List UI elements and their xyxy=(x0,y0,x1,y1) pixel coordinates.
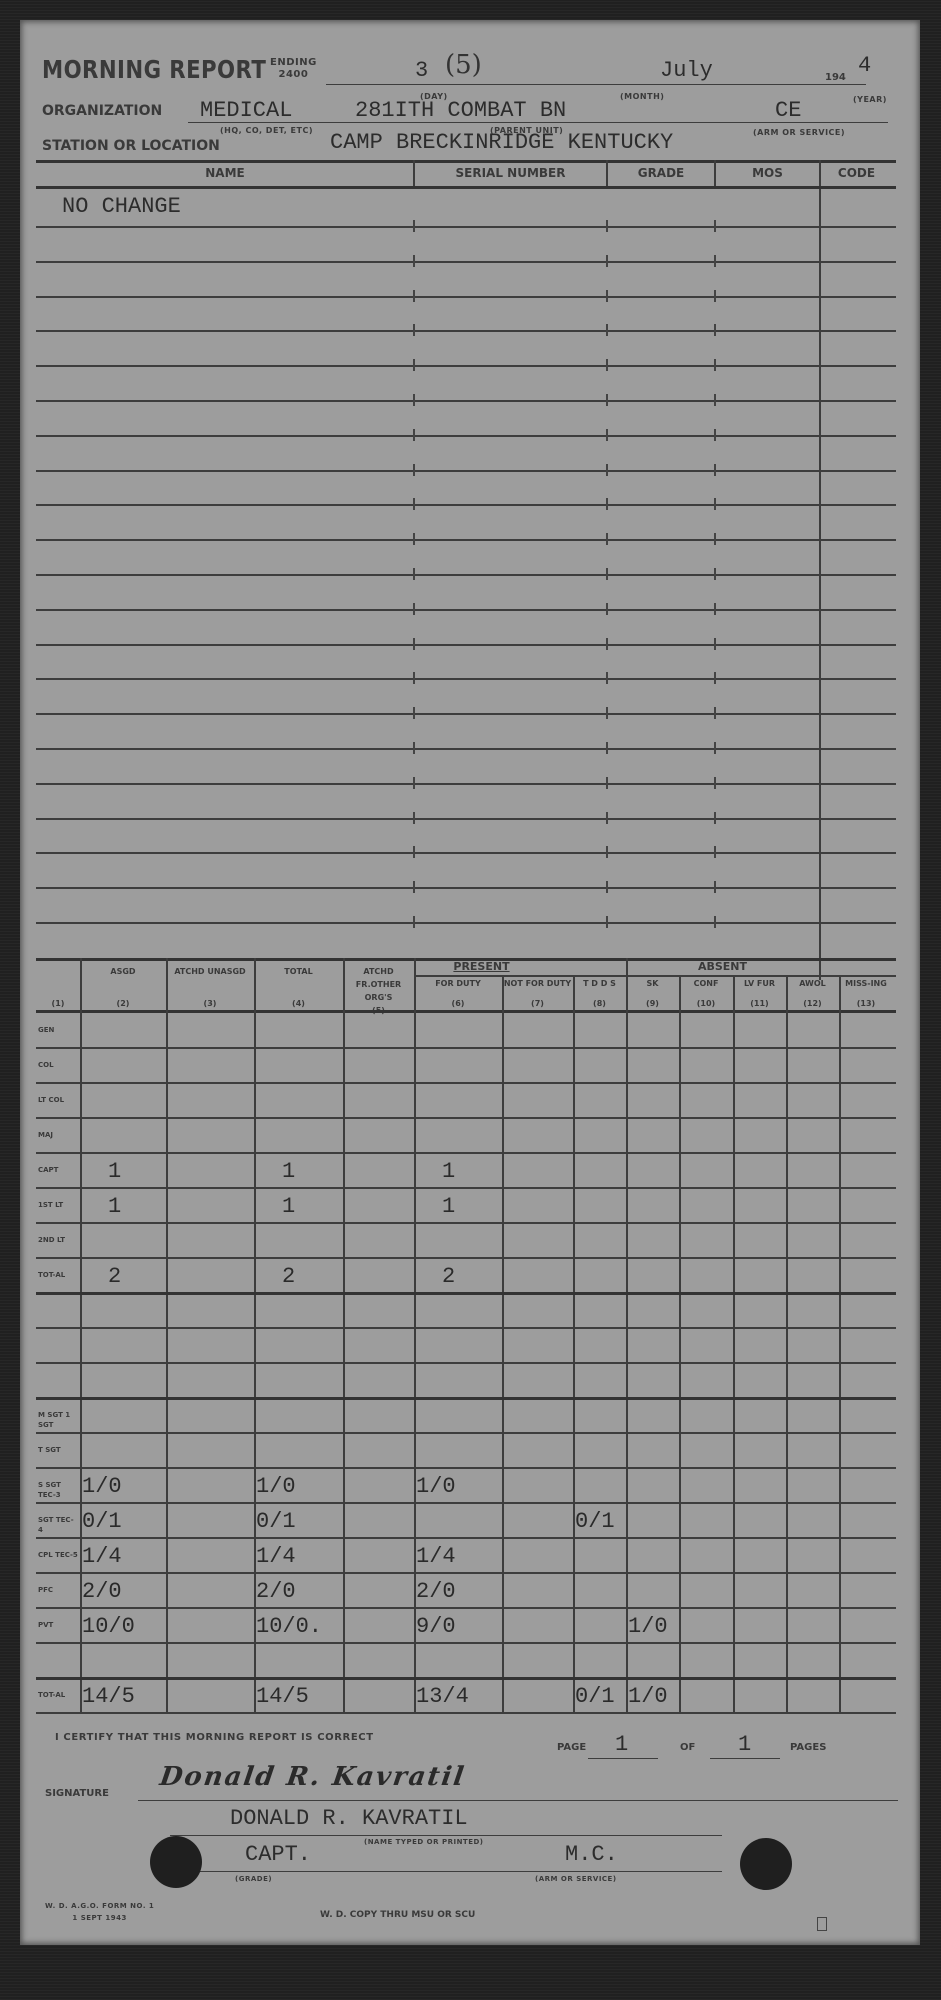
cell-for-duty: 2/0 xyxy=(416,1579,456,1604)
ruled-line xyxy=(36,713,896,715)
column-tick xyxy=(606,777,608,789)
cell-asgd: 2/0 xyxy=(82,1579,122,1604)
year-prefix: 194 xyxy=(825,72,846,83)
column-tick xyxy=(606,220,608,232)
cell-asgd: 0/1 xyxy=(82,1509,122,1534)
strength-col-divider xyxy=(502,975,504,1713)
row-line xyxy=(36,1537,896,1539)
cell-asgd: 10/0 xyxy=(82,1614,135,1639)
punch-hole-right xyxy=(740,1838,792,1890)
column-tick xyxy=(714,498,716,510)
cell-for-duty: 2 xyxy=(442,1264,455,1289)
cell-total: 2/0 xyxy=(256,1579,296,1604)
organization-label: ORGANIZATION xyxy=(42,103,162,119)
col-divider xyxy=(606,160,608,186)
pages-label: PAGES xyxy=(790,1742,826,1753)
column-tick xyxy=(714,220,716,232)
column-tick xyxy=(413,290,415,302)
row-line xyxy=(36,1117,896,1119)
row-grade-label: LT COL xyxy=(38,1095,78,1105)
column-header-c1: (1) xyxy=(36,965,80,1010)
ruled-line xyxy=(36,574,896,576)
column-tick xyxy=(413,672,415,684)
column-header-number: (12) xyxy=(786,997,839,1010)
cell-total: 2 xyxy=(282,1264,295,1289)
column-header-c8: T D D S(8) xyxy=(573,977,626,1010)
ruled-line xyxy=(36,470,896,472)
column-tick xyxy=(714,672,716,684)
column-tick xyxy=(413,568,415,580)
column-header-c2: ASGD(2) xyxy=(80,965,166,1010)
of-label: OF xyxy=(680,1742,695,1753)
station-label: STATION OR LOCATION xyxy=(42,138,220,154)
column-tick xyxy=(714,916,716,928)
strength-header-bottom xyxy=(36,1010,896,1013)
row-line xyxy=(36,1572,896,1574)
year-sublabel: (YEAR) xyxy=(853,95,887,104)
row-grade-label: PFC xyxy=(38,1585,78,1595)
column-header-label: ATCHD FR.OTHER ORG'S xyxy=(343,965,414,1004)
column-tick xyxy=(413,812,415,824)
row-grade-label: MAJ xyxy=(38,1130,78,1140)
serial-column-header: SERIAL NUMBER xyxy=(414,166,607,180)
column-tick xyxy=(714,429,716,441)
strength-col-divider xyxy=(573,975,575,1713)
column-header-label: ATCHD UNASGD xyxy=(166,965,254,997)
column-tick xyxy=(714,638,716,650)
cell-sk: 1/0 xyxy=(628,1614,668,1639)
column-header-label: CONF xyxy=(679,977,733,997)
grade-line xyxy=(170,1871,722,1872)
row-line xyxy=(36,1397,896,1400)
row-line xyxy=(36,1607,896,1609)
row-grade-label: CPL TEC-5 xyxy=(38,1550,78,1560)
column-header-c13: MISS-ING(13) xyxy=(839,977,893,1010)
ruled-line xyxy=(36,504,896,506)
report-month: July xyxy=(660,58,713,83)
column-tick xyxy=(606,603,608,615)
signature-label: SIGNATURE xyxy=(45,1788,109,1799)
column-tick xyxy=(714,777,716,789)
column-header-number: (1) xyxy=(36,997,80,1010)
column-tick xyxy=(714,394,716,406)
column-header-label: FOR DUTY xyxy=(414,977,502,997)
column-header-label: LV FUR xyxy=(733,977,786,997)
name-line xyxy=(170,1835,722,1836)
row-grade-label: S SGT TEC-3 xyxy=(38,1480,78,1500)
signature: Donald R. Kavratil xyxy=(158,1762,468,1792)
row-grade-label: T SGT xyxy=(38,1445,78,1455)
ruled-line xyxy=(36,400,896,402)
column-header-c12: AWOL(12) xyxy=(786,977,839,1010)
strength-col-divider xyxy=(839,975,841,1713)
grade-value: CAPT. xyxy=(245,1842,311,1867)
row-line xyxy=(36,1677,896,1680)
column-header-label: SK xyxy=(626,977,679,997)
cell-total: 1/4 xyxy=(256,1544,296,1569)
mos-column-header: MOS xyxy=(715,166,820,180)
ruled-line xyxy=(36,678,896,680)
column-header-c6: FOR DUTY(6) xyxy=(414,977,502,1010)
upper-header-bottom xyxy=(36,186,896,189)
column-header-c9: SK(9) xyxy=(626,977,679,1010)
code-col-divider xyxy=(819,160,821,980)
column-tick xyxy=(413,881,415,893)
cell-for-duty: 1/0 xyxy=(416,1474,456,1499)
form-id-line1: W. D. A.G.O. FORM NO. 1 xyxy=(45,1900,154,1912)
row-line xyxy=(36,1047,896,1049)
row-grade-label: TOT-AL xyxy=(38,1270,78,1280)
column-tick xyxy=(413,603,415,615)
punch-hole-left xyxy=(150,1836,202,1888)
cell-sk: 1/0 xyxy=(628,1684,668,1709)
strength-col-divider xyxy=(343,958,345,1713)
column-tick xyxy=(606,742,608,754)
certification-statement: I CERTIFY THAT THIS MORNING REPORT IS CO… xyxy=(55,1732,374,1743)
row-grade-label: COL xyxy=(38,1060,78,1070)
ruled-line xyxy=(36,783,896,785)
column-header-number: (4) xyxy=(254,997,343,1010)
column-tick xyxy=(606,533,608,545)
page-number-line xyxy=(588,1758,658,1759)
ending-label-line1: ENDING xyxy=(270,57,317,69)
row-line xyxy=(36,1362,896,1364)
ruled-line xyxy=(36,818,896,820)
row-line xyxy=(36,1222,896,1224)
cell-for-duty: 9/0 xyxy=(416,1614,456,1639)
column-tick xyxy=(413,777,415,789)
column-header-number: (9) xyxy=(626,997,679,1010)
column-tick xyxy=(606,672,608,684)
row-line xyxy=(36,1292,896,1295)
column-header-number: (11) xyxy=(733,997,786,1010)
column-tick xyxy=(413,916,415,928)
org-sublabel-arm: (ARM OR SERVICE) xyxy=(753,128,845,137)
cell-total: 1/0 xyxy=(256,1474,296,1499)
absent-group-header: ABSENT xyxy=(550,960,895,973)
morning-report-form: MORNING REPORT ENDING 2400 3 (5) July 19… xyxy=(20,20,920,1945)
cell-asgd: 1 xyxy=(108,1194,121,1219)
column-tick xyxy=(413,707,415,719)
column-header-label: MISS-ING xyxy=(839,977,893,997)
row-line xyxy=(36,1082,896,1084)
col-divider xyxy=(413,160,415,186)
column-tick xyxy=(606,846,608,858)
column-tick xyxy=(606,255,608,267)
cell-for-duty: 1 xyxy=(442,1194,455,1219)
column-tick xyxy=(606,881,608,893)
cell-asgd: 1 xyxy=(108,1159,121,1184)
column-tick xyxy=(714,603,716,615)
column-tick xyxy=(714,846,716,858)
header-divider xyxy=(36,160,896,163)
form-identifier: W. D. A.G.O. FORM NO. 1 1 SEPT 1943 xyxy=(45,1900,154,1924)
column-tick xyxy=(606,498,608,510)
cell-total: 10/0. xyxy=(256,1614,322,1639)
strength-col-divider xyxy=(626,958,628,1713)
entry-no-change: NO CHANGE xyxy=(62,194,181,219)
row-line xyxy=(36,1187,896,1189)
cell-asgd: 1/0 xyxy=(82,1474,122,1499)
column-tick xyxy=(413,429,415,441)
cell-for-duty: 13/4 xyxy=(416,1684,469,1709)
column-tick xyxy=(606,916,608,928)
column-tick xyxy=(714,324,716,336)
column-header-c4: TOTAL(4) xyxy=(254,965,343,1010)
row-grade-label: M SGT 1 SGT xyxy=(38,1410,78,1430)
ruled-line xyxy=(36,296,896,298)
column-tick xyxy=(413,394,415,406)
name-sublabel: (NAME TYPED OR PRINTED) xyxy=(364,1838,484,1846)
year-suffix: 4 xyxy=(858,53,871,78)
column-tick xyxy=(606,464,608,476)
column-header-number: (3) xyxy=(166,997,254,1010)
row-grade-label: 2ND LT xyxy=(38,1235,78,1245)
month-sublabel: (MONTH) xyxy=(620,92,664,101)
column-header-c3: ATCHD UNASGD(3) xyxy=(166,965,254,1010)
row-line xyxy=(36,1467,896,1469)
column-tick xyxy=(413,220,415,232)
name-typed: DONALD R. KAVRATIL xyxy=(230,1806,468,1831)
station-value: CAMP BRECKINRIDGE KENTUCKY xyxy=(330,130,673,155)
column-tick xyxy=(413,359,415,371)
row-grade-label: TOT-AL xyxy=(38,1690,78,1700)
column-tick xyxy=(714,255,716,267)
column-tick xyxy=(413,324,415,336)
column-header-number: (2) xyxy=(80,997,166,1010)
column-tick xyxy=(413,533,415,545)
column-header-number: (6) xyxy=(414,997,502,1010)
arm-value: CE xyxy=(775,98,801,123)
report-day: 3 xyxy=(415,58,428,83)
row-line xyxy=(36,1502,896,1504)
cell-total: 14/5 xyxy=(256,1684,309,1709)
organization-value: MEDICAL xyxy=(200,98,292,123)
form-title: MORNING REPORT xyxy=(42,55,266,84)
row-line xyxy=(36,1257,896,1259)
column-tick xyxy=(714,742,716,754)
column-tick xyxy=(606,359,608,371)
ending-label: ENDING 2400 xyxy=(270,57,317,81)
corner-box xyxy=(817,1917,827,1931)
ruled-line xyxy=(36,365,896,367)
ruled-line xyxy=(36,609,896,611)
grade-column-header: GRADE xyxy=(607,166,715,180)
column-tick xyxy=(714,464,716,476)
column-tick xyxy=(714,568,716,580)
cell-total: 1 xyxy=(282,1159,295,1184)
arm-service-value: M.C. xyxy=(565,1842,618,1867)
strength-col-divider xyxy=(166,958,168,1713)
column-tick xyxy=(714,533,716,545)
ruled-line xyxy=(36,852,896,854)
ruled-line xyxy=(36,922,896,924)
column-tick xyxy=(413,498,415,510)
ruled-line xyxy=(36,330,896,332)
ending-label-line2: 2400 xyxy=(270,69,317,81)
row-grade-label: GEN xyxy=(38,1025,78,1035)
column-tick xyxy=(714,812,716,824)
ruled-line xyxy=(36,887,896,889)
name-column-header: NAME xyxy=(36,166,414,180)
routing-note: W. D. COPY THRU MSU OR SCU xyxy=(320,1910,475,1920)
page-number: 1 xyxy=(615,1732,628,1757)
column-tick xyxy=(413,464,415,476)
page-total: 1 xyxy=(738,1732,751,1757)
ruled-line xyxy=(36,644,896,646)
row-line xyxy=(36,1327,896,1329)
column-tick xyxy=(606,638,608,650)
column-header-number: (7) xyxy=(502,997,573,1010)
ruled-line xyxy=(36,539,896,541)
ruled-line xyxy=(36,226,896,228)
strength-col-divider xyxy=(733,975,735,1713)
row-grade-label: CAPT xyxy=(38,1165,78,1175)
column-header-number: (13) xyxy=(839,997,893,1010)
row-line xyxy=(36,1712,896,1714)
strength-col-divider xyxy=(786,975,788,1713)
column-tick xyxy=(413,742,415,754)
column-tick xyxy=(606,394,608,406)
present-group-header: PRESENT xyxy=(414,960,549,973)
column-header-label: AWOL xyxy=(786,977,839,997)
column-tick xyxy=(606,290,608,302)
column-tick xyxy=(413,255,415,267)
col-divider xyxy=(714,160,716,186)
column-header-c7: NOT FOR DUTY(7) xyxy=(502,977,573,1010)
code-column-header: CODE xyxy=(820,166,893,180)
parent-unit-value: 281ITH COMBAT BN xyxy=(355,98,566,123)
date-underline xyxy=(326,84,866,85)
column-header-label: T D D S xyxy=(573,977,626,997)
column-tick xyxy=(606,429,608,441)
arm-sublabel: (ARM OR SERVICE) xyxy=(535,1875,617,1883)
column-tick xyxy=(714,707,716,719)
column-tick xyxy=(606,568,608,580)
org-sublabel-hq: (HQ, CO, DET, ETC) xyxy=(220,126,313,135)
column-tick xyxy=(413,846,415,858)
signature-line xyxy=(138,1800,898,1801)
report-day-circled: (5) xyxy=(445,50,482,80)
cell-asgd: 1/4 xyxy=(82,1544,122,1569)
column-tick xyxy=(606,324,608,336)
column-tick xyxy=(714,359,716,371)
row-line xyxy=(36,1432,896,1434)
ruled-line xyxy=(36,435,896,437)
column-header-number: (10) xyxy=(679,997,733,1010)
row-grade-label: 1ST LT xyxy=(38,1200,78,1210)
cell-total: 1 xyxy=(282,1194,295,1219)
cell-tdds: 0/1 xyxy=(575,1684,615,1709)
cell-for-duty: 1/4 xyxy=(416,1544,456,1569)
column-header-c10: CONF(10) xyxy=(679,977,733,1010)
cell-for-duty: 1 xyxy=(442,1159,455,1184)
row-line xyxy=(36,1642,896,1644)
cell-asgd: 2 xyxy=(108,1264,121,1289)
column-tick xyxy=(714,881,716,893)
page-label: PAGE xyxy=(557,1742,586,1753)
cell-total: 0/1 xyxy=(256,1509,296,1534)
page-total-line xyxy=(710,1758,780,1759)
row-grade-label: PVT xyxy=(38,1620,78,1630)
row-grade-label: SGT TEC-4 xyxy=(38,1515,78,1535)
column-header-number: (8) xyxy=(573,997,626,1010)
column-tick xyxy=(606,707,608,719)
strength-col-divider xyxy=(679,975,681,1713)
cell-tdds: 0/1 xyxy=(575,1509,615,1534)
column-header-label xyxy=(36,965,80,997)
column-tick xyxy=(714,290,716,302)
column-tick xyxy=(413,638,415,650)
column-header-label: NOT FOR DUTY xyxy=(502,977,573,997)
column-tick xyxy=(606,812,608,824)
cell-asgd: 14/5 xyxy=(82,1684,135,1709)
form-id-line2: 1 SEPT 1943 xyxy=(45,1912,154,1924)
ruled-line xyxy=(36,261,896,263)
row-line xyxy=(36,1152,896,1154)
ruled-line xyxy=(36,748,896,750)
column-header-label: TOTAL xyxy=(254,965,343,997)
grade-sublabel: (GRADE) xyxy=(235,1875,272,1883)
column-header-label: ASGD xyxy=(80,965,166,997)
column-header-c11: LV FUR(11) xyxy=(733,977,786,1010)
